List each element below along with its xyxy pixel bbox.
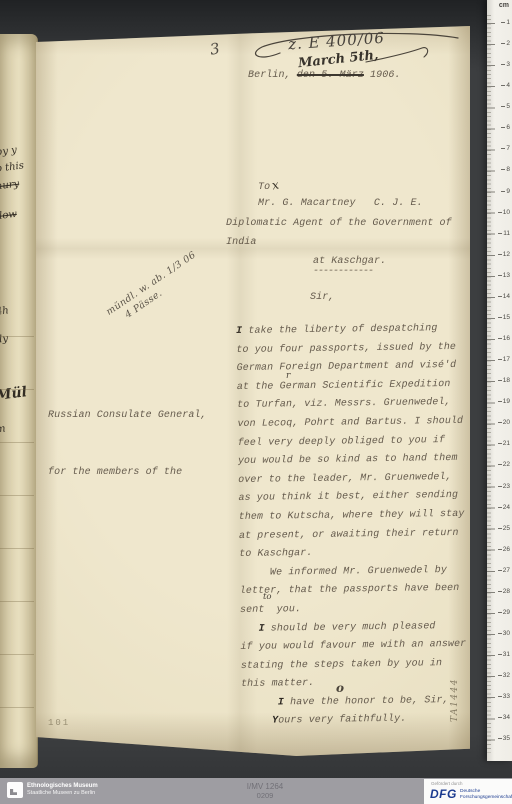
ruler-cm-label: 8 [501,166,510,173]
handwriting-fragment: lly [0,333,9,345]
letter-line: Yours very faithfully. [241,710,467,732]
address-name: Mr. G. Macartney C. J. E. [258,198,423,209]
ruler-cm-label: 34 [498,714,510,721]
ruler-cm-label: 11 [498,230,510,237]
ruler-cm-label: 5 [501,103,510,110]
ruler-cm-label: 7 [501,145,510,152]
handwriting-fragment: 4h [0,305,9,317]
pencil-page-number: 101 [48,718,70,728]
address-divider: ------------ [313,266,373,277]
ruler-ticks [487,15,499,755]
date-year: 1906. [364,70,401,81]
handwritten-x-mark: x [271,177,281,192]
handwriting-fragment: Mül [0,384,28,404]
folio-number-mark: 3 [209,39,222,58]
ruler-cm-label: 13 [498,272,510,279]
ruler-cm-label: 31 [498,651,510,658]
handwriting-fragment: m [0,423,6,435]
footer-bar: Ethnologisches Museum Staatliche Museen … [0,778,512,804]
ruler-cm-label: 18 [498,377,510,384]
ruler-cm-label: 12 [498,251,510,258]
ruler-cm-label: 24 [498,504,510,511]
salutation: Sir, [310,292,334,303]
funding-note: Gefördert durch [431,781,463,786]
address-country: India [226,237,257,248]
ruler-cm-label: 20 [498,419,510,426]
diagonal-pencil-note: mündl. w. ab. 1/3 06 4 Pässe. [104,249,206,330]
ruler-cm-label: 23 [498,483,510,490]
previous-page-edge: by yo thishuryllow4hllyMülm [0,34,38,768]
ruler-cm-label: 15 [498,314,510,321]
insert-to-mark: to [263,592,272,602]
letter-body: I take the liberty of despatchingto you … [236,320,467,732]
address-title: Diplomatic Agent of the Government of [226,218,452,229]
scan-page-number: 0209 [190,791,340,800]
ruler-cm-label: 25 [498,525,510,532]
inventory-id-block: I/MV 1264 0209 [190,782,340,800]
ruler-cm-label: 2 [501,40,510,47]
handwriting-fragment: llow [0,209,18,222]
ruler-cm-label: 10 [498,209,510,216]
ruler-cm-label: 28 [498,588,510,595]
museum-logo-icon [7,782,23,798]
typed-date-line: Berlin, den 5. März 1906. [248,70,401,81]
margin-note-line: Russian Consulate General, [48,406,207,425]
ruler-cm-label: 4 [501,82,510,89]
dfg-name-line: Forschungsgemeinschaft [460,795,512,801]
letter-page: 3 z. E 400/06 March 5th, Berlin, den 5. … [36,26,470,756]
handwriting-fragment: hury [0,179,20,193]
ruler-cm-label: 9 [501,188,510,195]
archive-scan-viewport: by yo thishuryllow4hllyMülm 3 z. E 400/0… [0,0,512,804]
ruler-cm-label: 6 [501,124,510,131]
museum-brand: Ethnologisches Museum Staatliche Museen … [7,782,98,798]
to-label: To [258,182,270,193]
insert-o-correction: o [336,681,344,695]
museum-parent-org: Staatliche Museen zu Berlin [27,790,98,797]
ruler-cm-label: 33 [498,693,510,700]
ruler-cm-label: 35 [498,735,510,742]
ruler-cm-label: 17 [498,356,510,363]
ruler-cm-label: 30 [498,630,510,637]
ruler-cm-label: 32 [498,672,510,679]
museum-name: Ethnologisches Museum [27,783,98,790]
ruler-cm-label: 14 [498,293,510,300]
ruler-cm-label: 3 [501,61,510,68]
inventory-number: I/MV 1264 [190,782,340,791]
margin-note: Russian Consulate General, for the membe… [48,368,207,520]
vertical-archive-mark: TA1444 [450,660,462,740]
dfg-funding-box: Gefördert durch DFG Deutsche Forschungsg… [424,779,512,804]
ruler-cm-label: 19 [498,398,510,405]
ruler-cm-label: 16 [498,335,510,342]
ruler: cm 1234567891011121314151617181920212223… [487,0,512,761]
margin-note-line: for the members of the [48,463,207,482]
address-to: Tox [258,178,279,193]
ruler-cm-label: 29 [498,609,510,616]
dfg-logo: DFG [430,787,457,801]
letter-line: them to Kutscha, where they will stay [239,506,465,528]
struck-date: den 5. März [297,70,364,81]
ruler-cm-label: 27 [498,567,510,574]
insert-caret-mark: r [286,371,290,381]
letter-line: stating the steps taken by you in [241,655,467,677]
ruler-cm-label: 21 [498,440,510,447]
ruler-unit-label: cm [499,2,509,9]
handwriting-fragment: o this [0,160,25,174]
letter-line: letter, that the passports have been [240,580,466,602]
letter-line: I have the honor to be, Sir, [241,692,467,714]
handwriting-fragment: by y [0,145,17,158]
ruler-cm-label: 22 [498,461,510,468]
ruler-cm-label: 26 [498,546,510,553]
letter-line: at present, or awaiting their return [239,524,465,546]
ruler-cm-label: 1 [501,19,510,26]
date-prefix: Berlin, [248,70,297,81]
